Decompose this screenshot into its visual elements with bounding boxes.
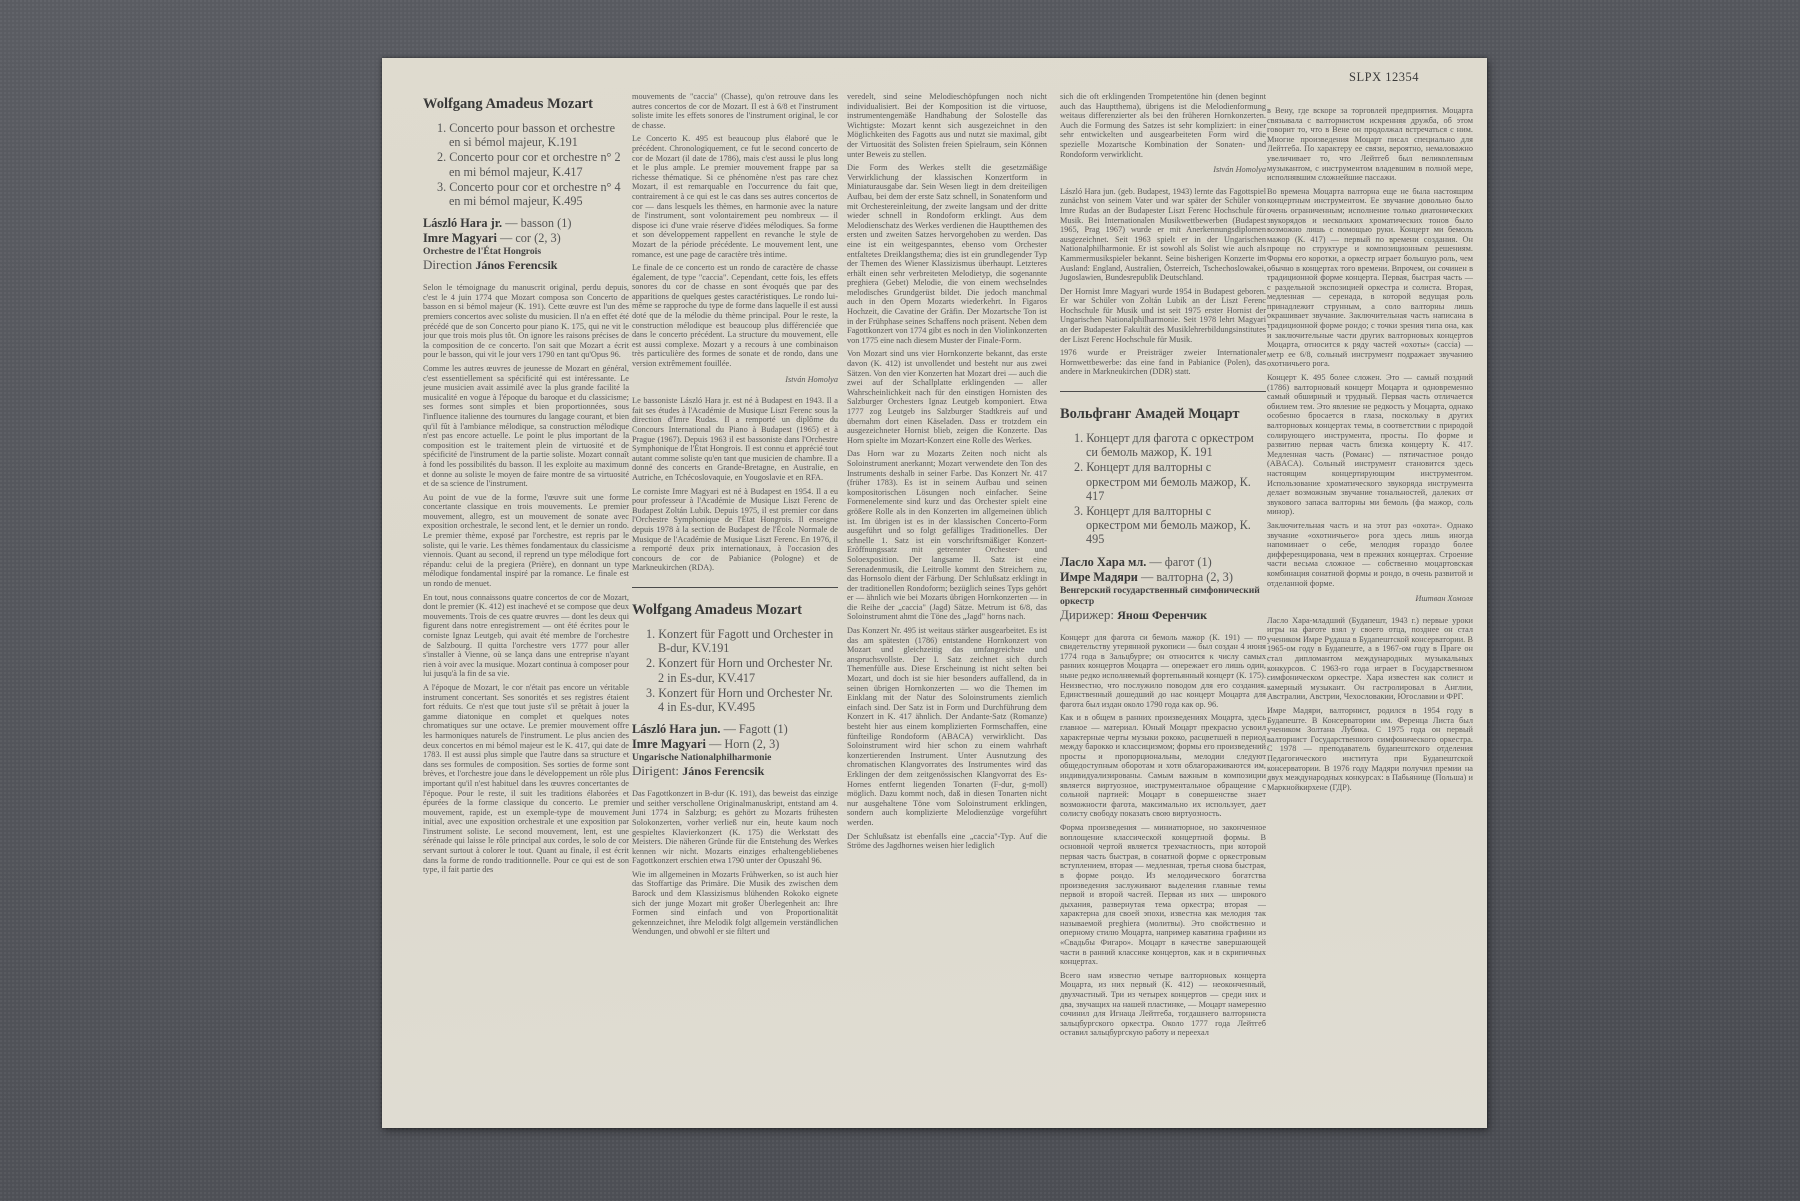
- work-item: 3. Konzert für Horn und Orchester Nr. 4 …: [632, 686, 838, 714]
- liner-note-paragraph: Das Horn war zu Mozarts Zeiten noch nich…: [847, 449, 1047, 622]
- bio-paragraph: Le bassoniste László Hara jr. est né à B…: [632, 396, 838, 482]
- soloist-credit: Имре Мадяри — валторна (2, 3): [1060, 570, 1266, 585]
- section-divider: [632, 587, 838, 588]
- work-item: 2. Konzert für Horn und Orchester Nr. 2 …: [632, 656, 838, 684]
- bio-paragraph: Der Hornist Imre Magyari wurde 1954 in B…: [1060, 287, 1266, 345]
- soloist-credit: Imre Magyari — Horn (2, 3): [632, 737, 838, 752]
- liner-note-paragraph: mouvements de "caccia" (Chasse), qu'on r…: [632, 92, 838, 130]
- work-item: 3. Concerto pour cor et orchestre n° 4 e…: [423, 180, 629, 208]
- bio-paragraph: Имре Мадяри, валторнист, родился в 1954 …: [1267, 706, 1473, 792]
- works-list-ru: 1. Концерт для фагота с оркестром си бем…: [1060, 431, 1266, 547]
- section-divider: [1060, 391, 1266, 392]
- work-item: 1. Konzert für Fagott und Orchester in B…: [632, 627, 838, 655]
- conductor-credit: Дирижер: Янош Ференчик: [1060, 607, 1266, 623]
- liner-note-paragraph: Заключительная часть и на этот раз «охот…: [1267, 521, 1473, 588]
- author-signature: István Homolya: [632, 375, 838, 385]
- liner-note-paragraph: Das Konzert Nr. 495 ist weitaus stärker …: [847, 626, 1047, 827]
- liner-note-paragraph: Во времена Моцарта валторна еще не была …: [1267, 187, 1473, 369]
- bio-paragraph: Ласло Хара-младший (Будапешт, 1943 г.) п…: [1267, 616, 1473, 702]
- soloist-credit: Imre Magyari — cor (2, 3): [423, 231, 629, 246]
- liner-note-paragraph: Как и в общем в ранних произведениях Моц…: [1060, 713, 1266, 819]
- liner-note-paragraph: Le finale de ce concerto est un rondo de…: [632, 263, 838, 369]
- bio-paragraph: László Hara jun. (geb. Budapest, 1943) l…: [1060, 187, 1266, 283]
- liner-note-paragraph: Von Mozart sind uns vier Hornkonzerte be…: [847, 349, 1047, 445]
- orchestra-name: Ungarische Nationalphilharmonie: [632, 752, 838, 763]
- orchestra-name: Orchestre de l'État Hongrois: [423, 246, 629, 257]
- column-french: Wolfgang Amadeus Mozart 1. Concerto pour…: [423, 92, 629, 879]
- liner-note-paragraph: Wie im allgemeinen in Mozarts Frühwerken…: [632, 870, 838, 937]
- liner-note-paragraph: Au point de vue de la forme, l'œuvre sui…: [423, 493, 629, 589]
- record-sleeve-back: SLPX 12354 Wolfgang Amadeus Mozart 1. Co…: [382, 58, 1487, 1128]
- liner-note-paragraph: в Вену, где вскоре за торговлей предприя…: [1267, 106, 1473, 183]
- liner-note-paragraph: sich die oft erklingenden Trompetentöne …: [1060, 92, 1266, 159]
- work-item: 3. Концерт для валторны с оркестром ми б…: [1060, 504, 1266, 547]
- liner-note-paragraph: Comme les autres œuvres de jeunesse de M…: [423, 364, 629, 489]
- column-french-german: mouvements de "caccia" (Chasse), qu'on r…: [632, 92, 838, 941]
- orchestra-name: Венгерский государственный симфонический…: [1060, 585, 1266, 607]
- composer-title-de: Wolfgang Amadeus Mozart: [632, 602, 838, 619]
- soloist-credit: Ласло Хара мл. — фагот (1): [1060, 555, 1266, 570]
- work-item: 1. Концерт для фагота с оркестром си бем…: [1060, 431, 1266, 459]
- work-item: 2. Концерт для валторны с оркестром ми б…: [1060, 460, 1266, 503]
- liner-note-paragraph: A l'époque de Mozart, le cor n'était pas…: [423, 683, 629, 875]
- liner-note-paragraph: Форма произведения — миниатюрное, но зак…: [1060, 823, 1266, 967]
- liner-note-paragraph: veredelt, sind seine Melodieschöpfungen …: [847, 92, 1047, 159]
- composer-title-ru: Вольфганг Амадей Моцарт: [1060, 406, 1266, 423]
- soloist-credit: László Hara jun. — Fagott (1): [632, 722, 838, 737]
- liner-note-paragraph: Die Form des Werkes stellt die gesetzmäß…: [847, 163, 1047, 345]
- liner-note-paragraph: Selon le témoignage du manuscrit origina…: [423, 283, 629, 360]
- liner-note-paragraph: Le Concerto K. 495 est beaucoup plus éla…: [632, 134, 838, 259]
- works-list-fr: 1. Concerto pour basson et orchestre en …: [423, 121, 629, 208]
- soloist-credit: László Hara jr. — basson (1): [423, 216, 629, 231]
- liner-note-paragraph: Концерт для фагота си бемоль мажор (К. 1…: [1060, 633, 1266, 710]
- column-russian: в Вену, где вскоре за торговлей предприя…: [1267, 92, 1473, 796]
- liner-note-paragraph: Der Schlußsatz ist ebenfalls eine „cacci…: [847, 832, 1047, 851]
- column-german-russian: sich die oft erklingenden Trompetentöne …: [1060, 92, 1266, 1042]
- conductor-credit: Dirigent: János Ferencsik: [632, 763, 838, 779]
- liner-note-paragraph: En tout, nous connaissons quatre concert…: [423, 593, 629, 679]
- liner-note-paragraph: Всего нам известно четыре валторновых ко…: [1060, 971, 1266, 1038]
- composer-title-fr: Wolfgang Amadeus Mozart: [423, 96, 629, 113]
- column-german: veredelt, sind seine Melodieschöpfungen …: [847, 92, 1047, 855]
- work-item: 2. Concerto pour cor et orchestre n° 2 e…: [423, 150, 629, 178]
- catalog-number: SLPX 12354: [1349, 70, 1419, 85]
- liner-note-paragraph: Das Fagottkonzert in B-dur (K. 191), das…: [632, 789, 838, 866]
- work-item: 1. Concerto pour basson et orchestre en …: [423, 121, 629, 149]
- liner-note-paragraph: Концерт К. 495 более сложен. Это — самый…: [1267, 373, 1473, 517]
- works-list-de: 1. Konzert für Fagott und Orchester in B…: [632, 627, 838, 714]
- bio-paragraph: 1976 wurde er Preisträger zweier Interna…: [1060, 348, 1266, 377]
- author-signature: István Homolya: [1060, 165, 1266, 175]
- bio-paragraph: Le corniste Imre Magyari est né à Budape…: [632, 487, 838, 573]
- author-signature: Иштван Хомоля: [1267, 594, 1473, 604]
- conductor-credit: Direction János Ferencsik: [423, 257, 629, 273]
